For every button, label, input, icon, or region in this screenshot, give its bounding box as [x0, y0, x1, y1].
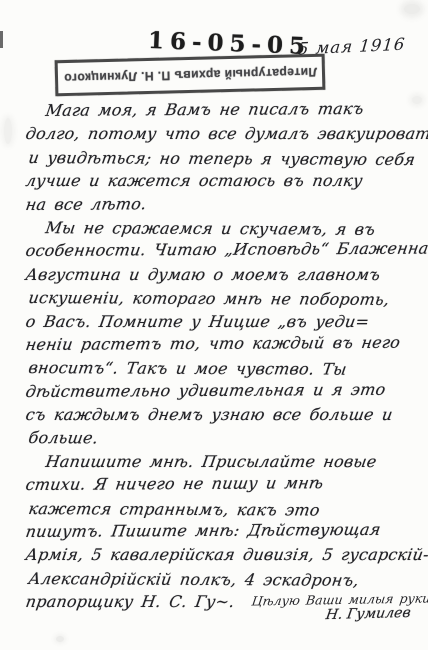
letter-line: на все лѣто.: [24, 190, 428, 216]
archive-stamp-text: Литературный архивъ П. Н. Лукницкого: [63, 65, 316, 85]
letter-line: Армія, 5 кавалерійская дивизія, 5 гусарс…: [24, 543, 428, 566]
letter-line: Мага моя, я Вамъ не писалъ такъ: [24, 97, 428, 123]
letter-line: и увидѣться; но теперь я чувствую себя: [24, 146, 427, 171]
letter-line: стихи. Я ничего не пишу и мнѣ: [24, 471, 428, 497]
scan-smudge: [56, 636, 64, 642]
archive-stamp-box: Литературный архивъ П. Н. Лукницкого: [55, 54, 326, 97]
letter-line: дѣйствительно удивительная и я это: [24, 377, 428, 403]
letter-body: Мага моя, я Вамъ не писалъ такъ долго, п…: [24, 99, 424, 614]
letter-line: съ каждымъ днемъ узнаю все больше и: [24, 403, 428, 426]
letter-line: Александрійскій полкъ, 4 эскадронъ,: [24, 567, 427, 592]
letter-line: Напишите мнѣ. Присылайте новые: [24, 450, 428, 473]
scan-smudge: [4, 118, 12, 144]
letter-line: искушеніи, котораго мнѣ не побороть,: [24, 286, 427, 311]
letter-line: особенности. Читаю „Исповѣдь“ Блаженнаго: [24, 237, 428, 263]
scan-smudge: [404, 4, 420, 14]
letter-line: лучше и кажется остаюсь въ полку: [24, 169, 428, 192]
letter-line: неніи растетъ то, что каждый въ него: [24, 330, 428, 356]
signature: Н. Гумилев: [325, 605, 412, 623]
letter-line: пишутъ. Пишите мнѣ: Дѣйствующая: [24, 518, 428, 544]
letter-line: о Васъ. Помните у Ницше „въ уеди=: [24, 310, 428, 333]
letter-line: больше.: [24, 426, 427, 451]
scan-edge-mark: [0, 31, 3, 48]
letter-line: долго, потому что все думалъ эвакуироват…: [24, 122, 428, 145]
letter-line: Августина и думаю о моемъ главномъ: [24, 263, 428, 286]
scanned-letter-page: 16-05-05 5 мая 1916 Литературный архивъ …: [0, 0, 428, 650]
